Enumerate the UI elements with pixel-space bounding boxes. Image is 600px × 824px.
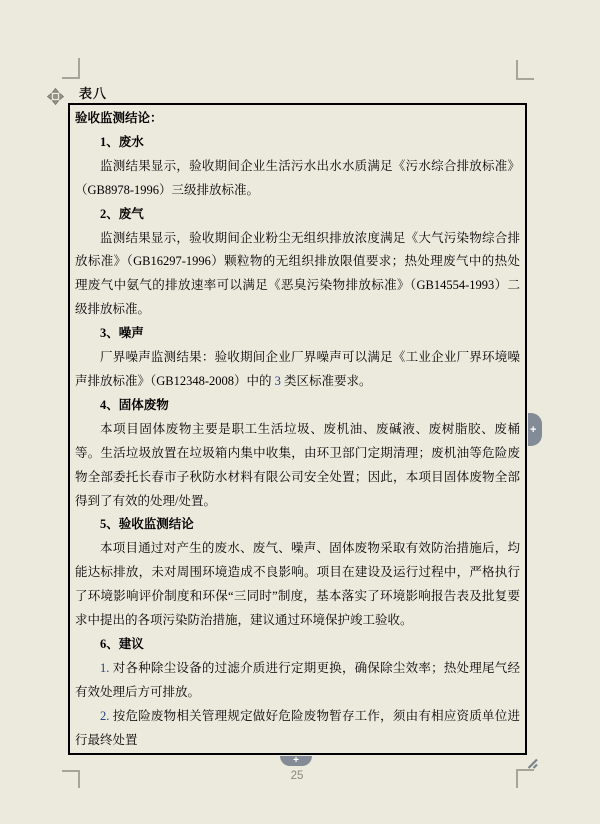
suggestion-item-2: 2. 按危险废物相关管理规定做好危险废物暂存工作，须由有相应资质单位进行最终处置 (75, 705, 520, 753)
crop-mark-top-left-icon (62, 58, 80, 79)
suggestion-1-text: 对各种除尘设备的过滤介质进行定期更换，确保除尘效率；热处理尾气经有效处理后方可排… (75, 661, 520, 699)
section-1-paragraph: 监测结果显示，验收期间企业生活污水出水水质满足《污水综合排放标准》（GB8978… (75, 155, 520, 203)
section-2-paragraph: 监测结果显示，验收期间企业粉尘无组织排放浓度满足《大气污染物综合排放标准》（GB… (75, 227, 520, 323)
section-5-heading: 5、验收监测结论 (75, 513, 520, 537)
conclusion-table: 验收监测结论： 1、废水 监测结果显示，验收期间企业生活污水出水水质满足《污水综… (68, 103, 527, 755)
table-title: 验收监测结论： (75, 107, 520, 131)
crop-mark-top-right-icon (516, 60, 534, 80)
table-caption: 表八 (79, 83, 107, 102)
suggestion-2-number: 2. (100, 709, 109, 723)
suggestion-item-1: 1. 对各种除尘设备的过滤介质进行定期更换，确保除尘效率；热处理尾气经有效处理后… (75, 657, 520, 705)
add-row-button[interactable]: + (280, 756, 312, 766)
noise-text-after: 类区标准要求。 (281, 374, 372, 388)
section-4-heading: 4、固体废物 (75, 394, 520, 418)
section-4-paragraph: 本项目固体废物主要是职工生活垃圾、废机油、废碱液、废树脂胶、废桶等。生活垃圾放置… (75, 418, 520, 514)
page-number: 25 (0, 770, 594, 782)
table-resize-handle-icon[interactable] (526, 756, 538, 768)
add-column-button[interactable]: + (528, 413, 542, 446)
section-3-heading: 3、噪声 (75, 322, 520, 346)
editor-page: 表八 验收监测结论： 1、废水 监测结果显示，验收期间企业生活污水出水水质满足《… (0, 0, 600, 824)
suggestion-2-text: 按危险废物相关管理规定做好危险废物暂存工作，须由有相应资质单位进行最终处置 (75, 709, 520, 747)
section-3-paragraph: 厂界噪声监测结果：验收期间企业厂界噪声可以满足《工业企业厂界环境噪声排放标准》（… (75, 346, 520, 394)
section-1-heading: 1、废水 (75, 131, 520, 155)
suggestion-1-number: 1. (100, 661, 109, 675)
section-6-heading: 6、建议 (75, 633, 520, 657)
section-2-heading: 2、废气 (75, 203, 520, 227)
table-move-handle-icon[interactable] (47, 88, 64, 105)
section-5-paragraph: 本项目通过对产生的废水、废气、噪声、固体废物采取有效防治措施后，均能达标排放，未… (75, 537, 520, 633)
